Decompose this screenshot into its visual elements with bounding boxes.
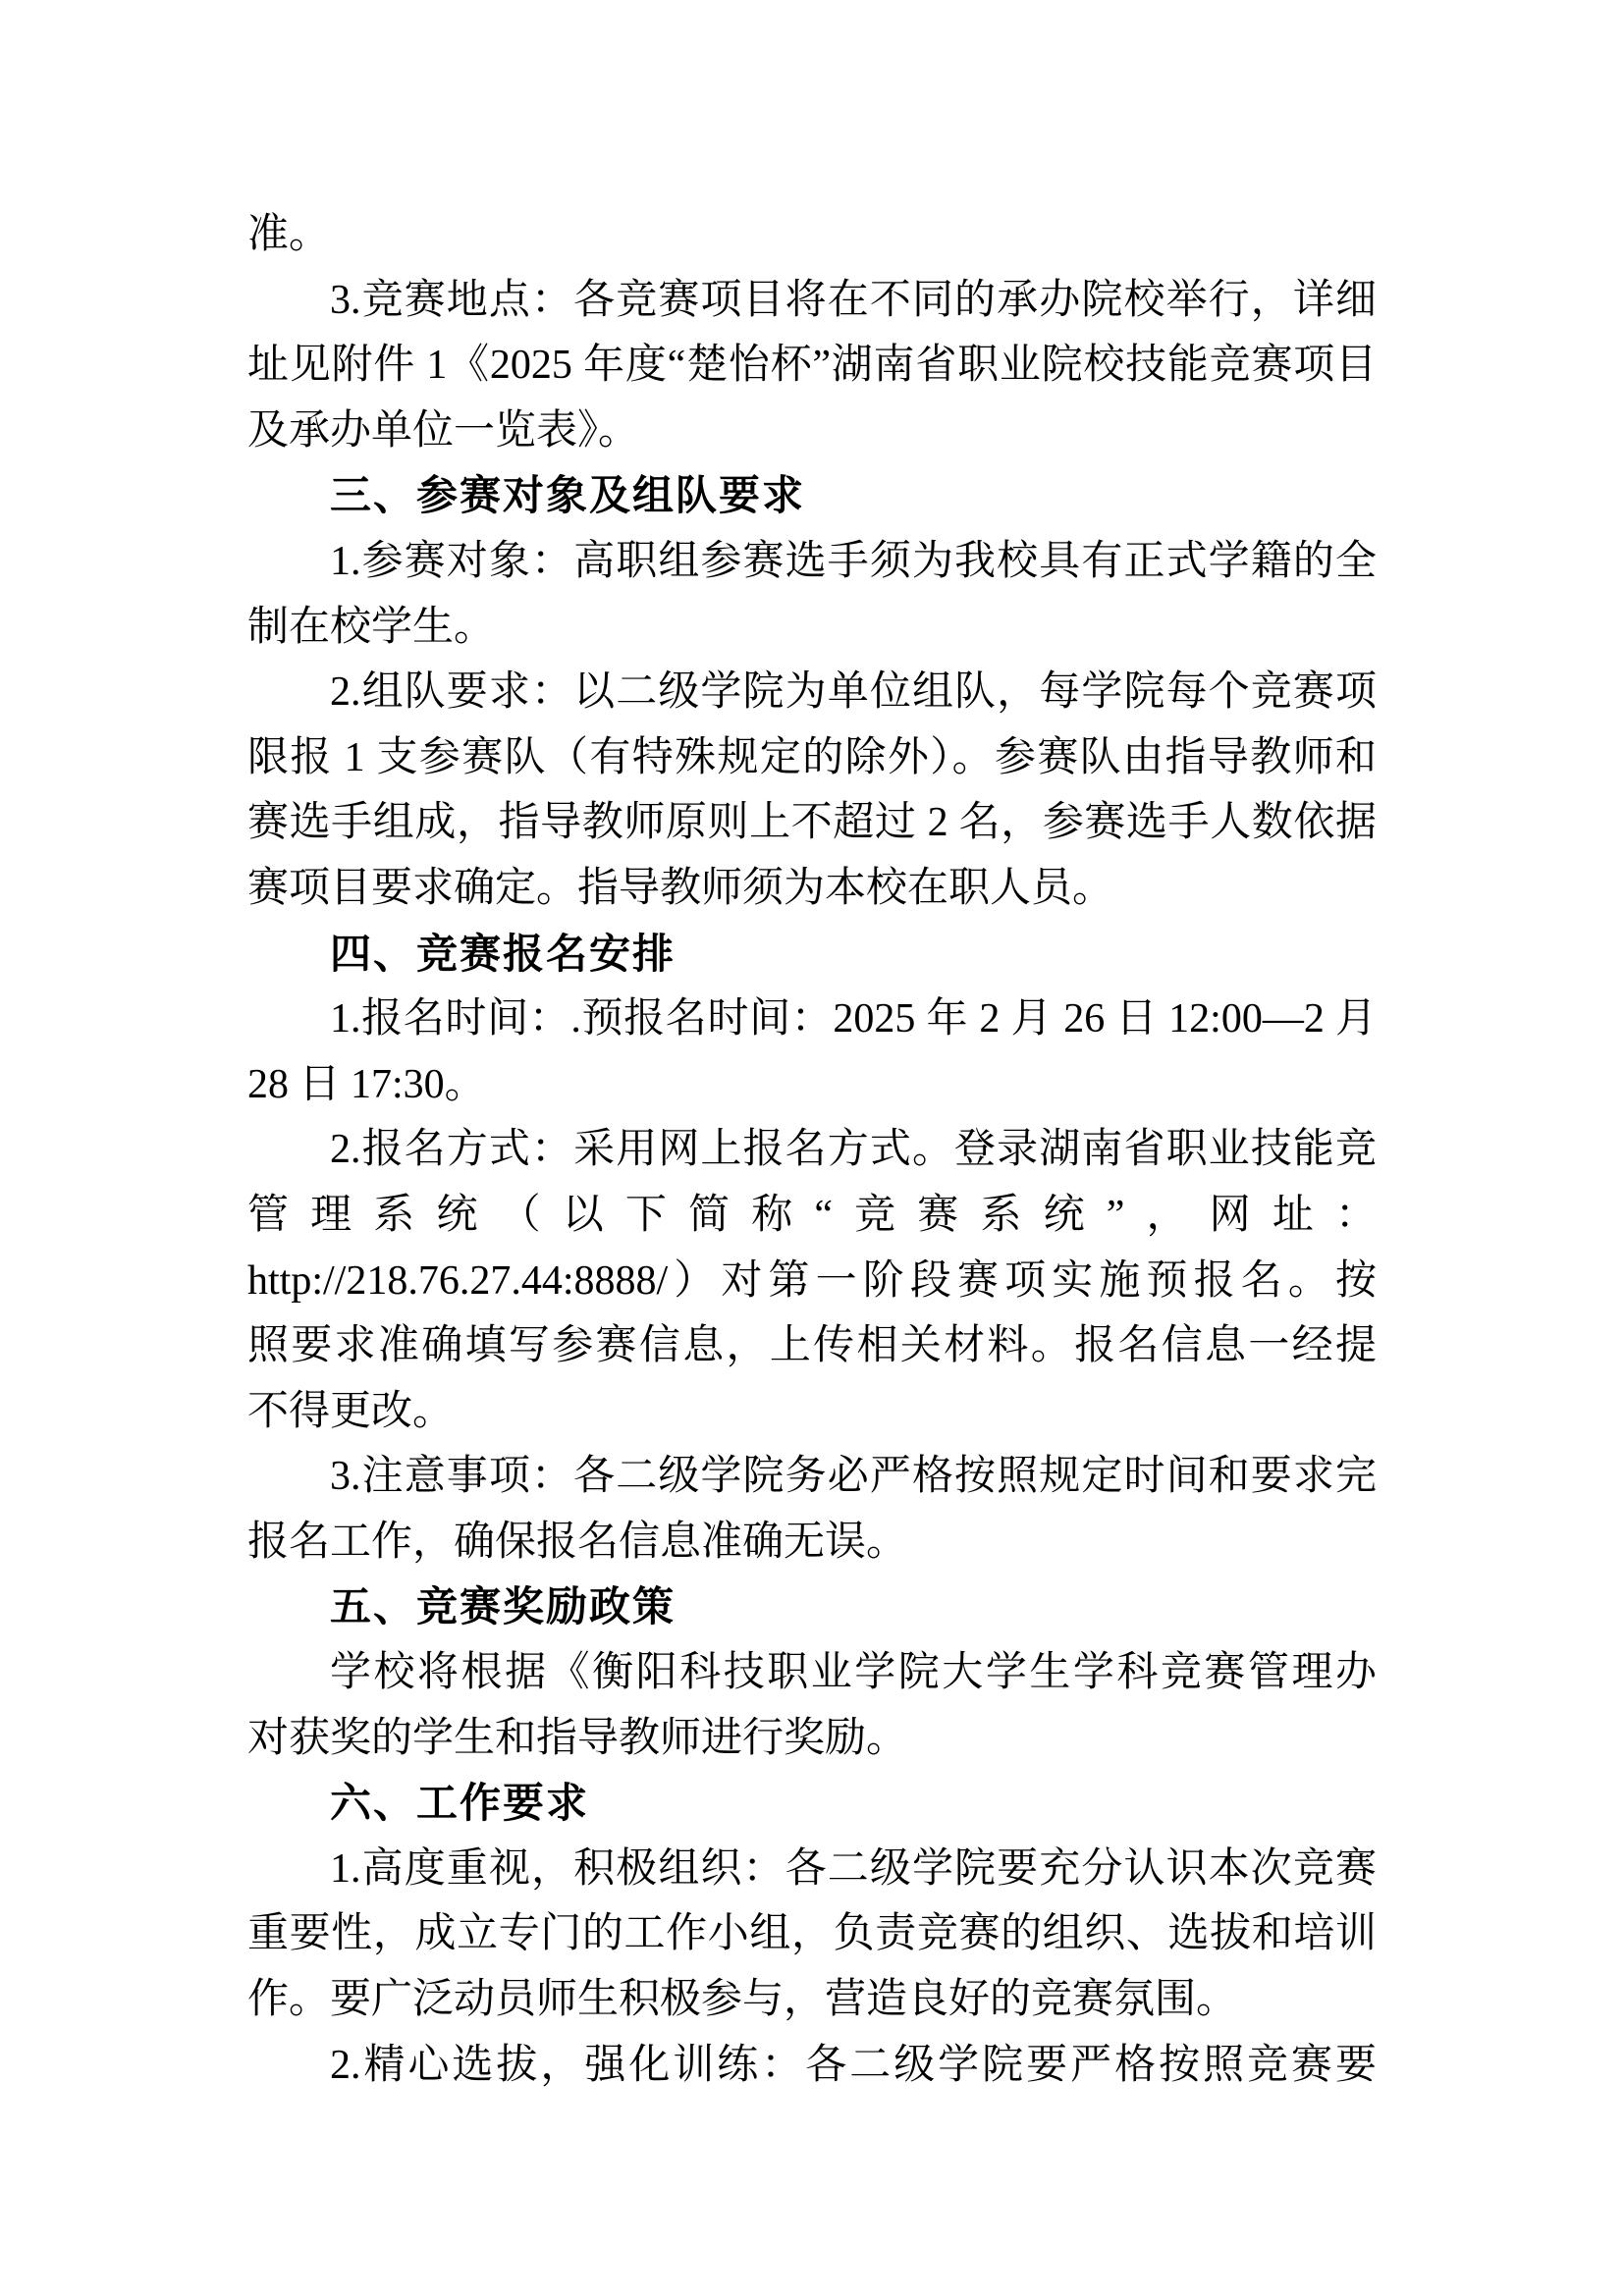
document-line: 照要求准确填写参赛信息，上传相关材料。报名信息一经提交， <box>247 1313 1377 1379</box>
document-line: 1.参赛对象：高职组参赛选手须为我校具有正式学籍的全日 <box>247 529 1377 595</box>
document-line: http://218.76.27.44:8888/）对第一阶段赛项实施预报名。按 <box>247 1249 1377 1314</box>
section-heading: 四、竞赛报名安排 <box>247 922 1377 988</box>
document-line: 2.报名方式：采用网上报名方式。登录湖南省职业技能竞赛 <box>247 1117 1377 1183</box>
document-line: 学校将根据《衡阳科技职业学院大学生学科竞赛管理办法》 <box>247 1640 1377 1706</box>
section-heading: 六、工作要求 <box>247 1771 1377 1837</box>
document-line: 1.高度重视，积极组织：各二级学院要充分认识本次竞赛的 <box>247 1837 1377 1902</box>
document-line: 管理系统（以下简称“竞赛系统”，网址： <box>247 1183 1377 1249</box>
document-line: 制在校学生。 <box>247 595 1377 661</box>
document-line: 不得更改。 <box>247 1379 1377 1445</box>
document-line: 3.注意事项：各二级学院务必严格按照规定时间和要求完成 <box>247 1444 1377 1510</box>
section-heading: 五、竞赛奖励政策 <box>247 1575 1377 1640</box>
document-line: 2.组队要求：以二级学院为单位组队，每学院每个竞赛项目 <box>247 660 1377 725</box>
document-line: 1.报名时间：.预报名时间：2025 年 2 月 26 日 12:00—2 月 <box>247 987 1377 1052</box>
document-page: 准。3.竞赛地点：各竞赛项目将在不同的承办院校举行，详细地址见附件 1《2025… <box>0 0 1624 2296</box>
section-heading: 三、参赛对象及组队要求 <box>247 463 1377 529</box>
document-line: 限报 1 支参赛队（有特殊规定的除外）。参赛队由指导教师和参 <box>247 725 1377 791</box>
document-line: 3.竞赛地点：各竞赛项目将在不同的承办院校举行，详细地 <box>247 268 1377 334</box>
document-line: 重要性，成立专门的工作小组，负责竞赛的组织、选拔和培训工 <box>247 1901 1377 1967</box>
document-line: 赛选手组成，指导教师原则上不超过 2 名，参赛选手人数依据竞 <box>247 790 1377 856</box>
document-line: 准。 <box>247 202 1377 268</box>
document-line: 作。要广泛动员师生积极参与，营造良好的竞赛氛围。 <box>247 1967 1377 2033</box>
document-line: 2.精心选拔，强化训练：各二级学院要严格按照竞赛要求， <box>247 2033 1377 2099</box>
document-line: 及承办单位一览表》。 <box>247 399 1377 464</box>
document-line: 对获奖的学生和指导教师进行奖励。 <box>247 1706 1377 1772</box>
document-line: 报名工作，确保报名信息准确无误。 <box>247 1510 1377 1575</box>
document-body: 准。3.竞赛地点：各竞赛项目将在不同的承办院校举行，详细地址见附件 1《2025… <box>247 202 1377 2098</box>
document-line: 28 日 17:30。 <box>247 1052 1377 1118</box>
document-line: 址见附件 1《2025 年度“楚怡杯”湖南省职业院校技能竞赛项目 <box>247 333 1377 399</box>
document-line: 赛项目要求确定。指导教师须为本校在职人员。 <box>247 856 1377 922</box>
